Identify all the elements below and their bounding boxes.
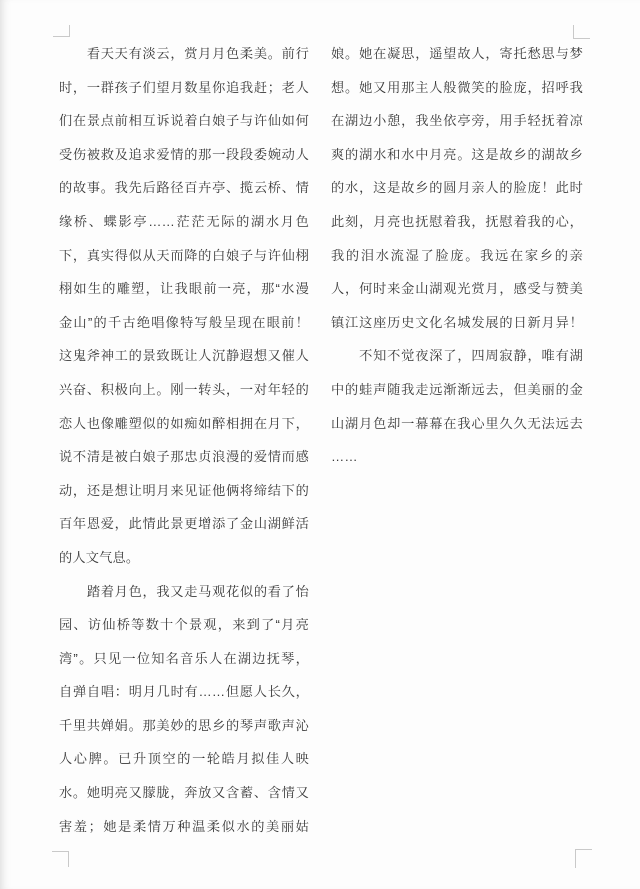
- text-line: 我的泪水流湿了脸庞。我远在家乡的亲: [331, 239, 583, 273]
- text-line: 受伤被救及追求爱情的那一段段委婉动人: [59, 138, 309, 172]
- text-column-right: 娘。她在凝思，遥望故人，寄托愁思与梦想。她又用那主人般微笑的脸庞，招呼我在湖边小…: [331, 37, 583, 849]
- text-line: 的人文气息。: [59, 541, 309, 575]
- text-line: 们在景点前相互诉说着白娘子与许仙如何: [59, 104, 309, 138]
- text-line: 栩如生的雕塑，让我眼前一亮，那“水漫: [59, 272, 309, 306]
- text-line: 时，一群孩子们望月数星你追我赶；老人: [59, 71, 309, 105]
- text-line: 娘。她在凝思，遥望故人，寄托愁思与梦: [331, 37, 583, 71]
- text-line: 恋人也像雕塑似的如痴如醉相拥在月下，: [59, 407, 309, 441]
- text-line: 看天天有淡云，赏月月色柔美。前行: [59, 37, 309, 71]
- text-line: 这鬼斧神工的景致既让人沉静遐想又催人: [59, 339, 309, 373]
- text-line: 踏着月色，我又走马观花似的看了怡: [59, 575, 309, 609]
- text-line: 的故事。我先后路径百卉亭、揽云桥、情: [59, 171, 309, 205]
- text-line: 动，还是想让明月来见证他俩将缔结下的: [59, 474, 309, 508]
- text-line: 百年恩爱，此情此景更增添了金山湖鲜活: [59, 507, 309, 541]
- text-line: 镇江这座历史文化名城发展的日新月异！: [331, 306, 583, 340]
- text-line: 中的蛙声随我走远渐渐远去，但美丽的金: [331, 373, 583, 407]
- document-content: 看天天有淡云，赏月月色柔美。前行时，一群孩子们望月数星你追我赶；老人们在景点前相…: [59, 37, 583, 849]
- text-line: 湾”。只见一位知名音乐人在湖边抚琴，: [59, 642, 309, 676]
- crop-mark-bottom-right: [575, 849, 592, 868]
- text-line: 下，真实得似从天而降的白娘子与许仙栩: [59, 239, 309, 273]
- text-line: 山湖月色却一幕幕在我心里久久无法远去: [331, 407, 583, 441]
- text-line: 的水，这是故乡的圆月亲人的脸庞！此时: [331, 171, 583, 205]
- text-line: 水。她明亮又朦胧，奔放又含蓄、含情又: [59, 776, 309, 810]
- text-line: 千里共婵娟。那美妙的思乡的琴声歌声沁: [59, 709, 309, 743]
- text-line: 园、访仙桥等数十个景观，来到了“月亮: [59, 608, 309, 642]
- crop-mark-bottom-left: [52, 851, 69, 867]
- text-line: 兴奋、积极向上。刚一转头，一对年轻的: [59, 373, 309, 407]
- text-line: 不知不觉夜深了，四周寂静，唯有湖: [331, 339, 583, 373]
- text-line: 爽的湖水和水中月亮。这是故乡的湖故乡: [331, 138, 583, 172]
- text-line: 人，何时来金山湖观光赏月，感受与赞美: [331, 272, 583, 306]
- text-line: 说不清是被白娘子那忠贞浪漫的爱情而感: [59, 440, 309, 474]
- text-line: 此刻，月亮也抚慰着我，抚慰着我的心，: [331, 205, 583, 239]
- text-line: 害羞；她是柔情万种温柔似水的美丽姑: [59, 810, 309, 844]
- text-line: 在湖边小憩，我坐依亭旁，用手轻抚着凉: [331, 104, 583, 138]
- document-page: 看天天有淡云，赏月月色柔美。前行时，一群孩子们望月数星你追我赶；老人们在景点前相…: [0, 0, 640, 889]
- text-column-left: 看天天有淡云，赏月月色柔美。前行时，一群孩子们望月数星你追我赶；老人们在景点前相…: [59, 37, 309, 849]
- text-line: 缘桥、蝶影亭……茫茫无际的湖水月色: [59, 205, 309, 239]
- text-line: ……: [331, 440, 583, 474]
- text-line: 人心脾。已升顶空的一轮皓月拟佳人映: [59, 742, 309, 776]
- crop-mark-top-left: [53, 25, 70, 37]
- text-line: 自弹自唱：明月几时有……但愿人长久，: [59, 675, 309, 709]
- text-line: 想。她又用那主人般微笑的脸庞，招呼我: [331, 71, 583, 105]
- text-line: 金山”的千古绝唱像特写般呈现在眼前！: [59, 306, 309, 340]
